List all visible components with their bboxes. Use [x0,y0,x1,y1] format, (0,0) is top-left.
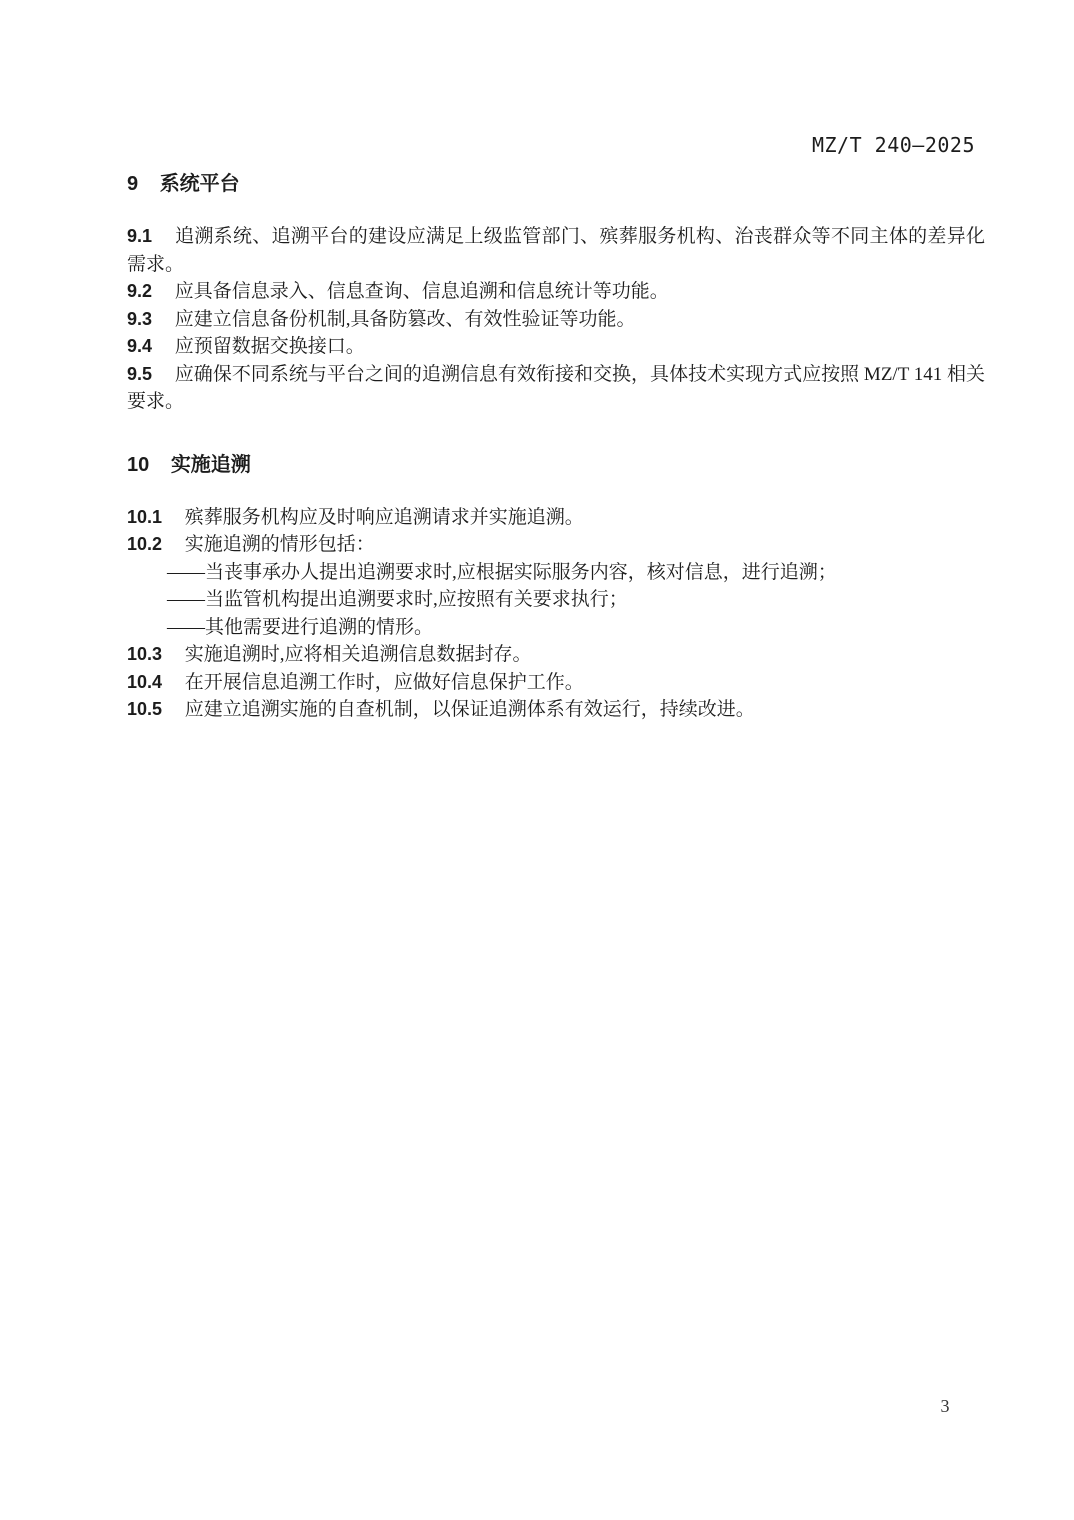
section-9-heading: 9 系统平台 [127,173,985,195]
clause-10-2-item-1: ——当丧事承办人提出追溯要求时,应根据实际服务内容，核对信息，进行追溯； [127,559,985,587]
document-content: 9 系统平台 9.1 追溯系统、追溯平台的建设应满足上级监管部门、殡葬服务机构、… [127,173,985,724]
clause-10-4-number: 10.4 [127,669,162,697]
clause-9-1: 9.1 追溯系统、追溯平台的建设应满足上级监管部门、殡葬服务机构、治丧群众等不同… [127,223,985,278]
document-page: MZ/T 240—2025 9 系统平台 9.1 追溯系统、追溯平台的建设应满足… [0,0,1074,1520]
clause-9-1-number: 9.1 [127,223,152,251]
clause-9-3-number: 9.3 [127,306,152,334]
clause-9-1-text: 追溯系统、追溯平台的建设应满足上级监管部门、殡葬服务机构、治丧群众等不同主体的差… [127,226,985,275]
clause-9-4-text: 应预留数据交换接口。 [175,336,365,357]
page-header: MZ/T 240—2025 [127,133,975,157]
clause-10-1-number: 10.1 [127,504,162,532]
page-footer: 3 [880,1396,1010,1417]
clause-9-2-number: 9.2 [127,278,152,306]
section-9-title: 系统平台 [160,173,240,195]
clause-9-5: 9.5 应确保不同系统与平台之间的追溯信息有效衔接和交换，具体技术实现方式应按照… [127,361,985,416]
clause-10-4-text: 在开展信息追溯工作时，应做好信息保护工作。 [185,672,584,693]
section-9-number: 9 [127,173,138,195]
section-10-number: 10 [127,454,149,476]
clause-10-2-item-2: ——当监管机构提出追溯要求时,应按照有关要求执行； [127,586,985,614]
standard-number: MZ/T 240—2025 [812,133,975,157]
clause-10-3: 10.3 实施追溯时,应将相关追溯信息数据封存。 [127,641,985,669]
clause-9-2-text: 应具备信息录入、信息查询、信息追溯和信息统计等功能。 [175,281,669,302]
page-number: 3 [941,1396,950,1416]
section-10-heading: 10 实施追溯 [127,454,985,476]
section-10-title: 实施追溯 [171,454,251,476]
clause-10-2-item-3: ——其他需要进行追溯的情形。 [127,614,985,642]
clause-9-4-number: 9.4 [127,333,152,361]
clause-10-1-text: 殡葬服务机构应及时响应追溯请求并实施追溯。 [185,507,584,528]
clause-10-2: 10.2 实施追溯的情形包括： [127,531,985,559]
clause-10-1: 10.1 殡葬服务机构应及时响应追溯请求并实施追溯。 [127,504,985,532]
clause-10-3-number: 10.3 [127,641,162,669]
clause-10-2-text: 实施追溯的情形包括： [185,534,375,555]
clause-10-5-number: 10.5 [127,696,162,724]
clause-9-2: 9.2 应具备信息录入、信息查询、信息追溯和信息统计等功能。 [127,278,985,306]
clause-9-3-text: 应建立信息备份机制,具备防篡改、有效性验证等功能。 [175,309,636,330]
clause-10-3-text: 实施追溯时,应将相关追溯信息数据封存。 [185,644,532,665]
clause-9-4: 9.4 应预留数据交换接口。 [127,333,985,361]
clause-10-4: 10.4 在开展信息追溯工作时，应做好信息保护工作。 [127,669,985,697]
clause-10-2-number: 10.2 [127,531,162,559]
clause-10-5-text: 应建立追溯实施的自查机制，以保证追溯体系有效运行，持续改进。 [185,699,755,720]
clause-9-3: 9.3 应建立信息备份机制,具备防篡改、有效性验证等功能。 [127,306,985,334]
clause-9-5-text: 应确保不同系统与平台之间的追溯信息有效衔接和交换，具体技术实现方式应按照 MZ/… [127,364,985,413]
clause-9-5-number: 9.5 [127,361,152,389]
clause-10-5: 10.5 应建立追溯实施的自查机制，以保证追溯体系有效运行，持续改进。 [127,696,985,724]
